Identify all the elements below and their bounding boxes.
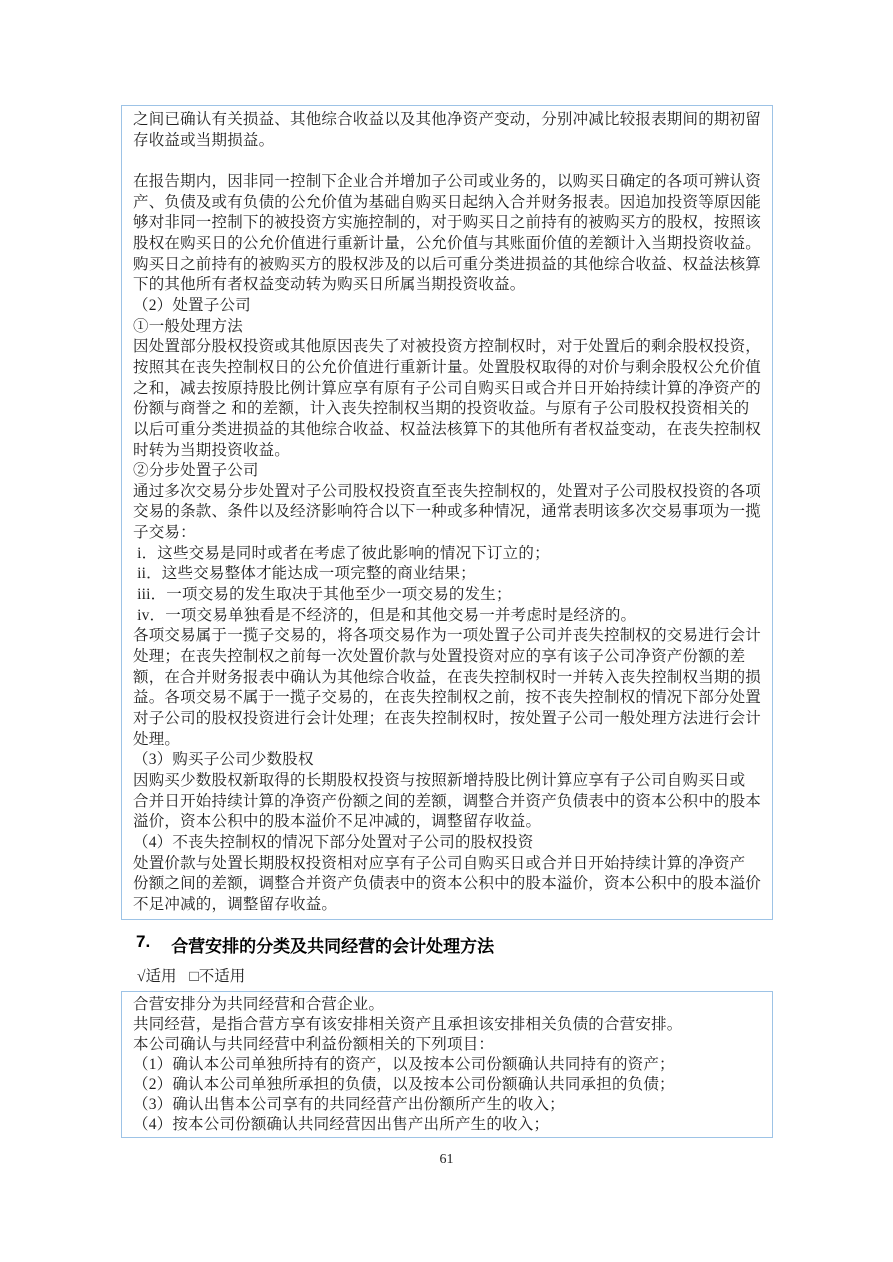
text-line: 按照其在丧失控制权日的公允价值进行重新计量。处置股权取得的对价与剩余股权公允价值	[133, 358, 762, 379]
text-line: 对子公司的股权投资进行会计处理；在丧失控制权时，按处置子公司一般处理方法进行会计	[133, 709, 762, 730]
text-line: 益。各项交易不属于一揽子交易的，在丧失控制权之前，按不丧失控制权的情况下部分处置	[133, 688, 762, 709]
text-line: 下的其他所有者权益变动转为购买日所属当期投资收益。	[133, 275, 762, 296]
text-line: 处理；在丧失控制权之前每一次处置价款与处置投资对应的享有该子公司净资产份额的差	[133, 647, 762, 668]
text-line: （4）按本公司份额确认共同经营因出售产出所产生的收入；	[133, 1115, 762, 1135]
text-line: 份额与商誉之 和的差额，计入丧失控制权当期的投资收益。与原有子公司股权投资相关的	[133, 399, 762, 420]
text-line	[133, 151, 762, 172]
text-line: 产、负债及或有负债的公允价值为基础自购买日起纳入合并财务报表。因追加投资等原因能	[133, 193, 762, 214]
text-line: ②分步处置子公司	[133, 461, 762, 482]
not-applicable-option: □不适用	[189, 968, 245, 985]
text-line: 在报告期内，因非同一控制下企业合并增加子公司或业务的，以购买日确定的各项可辨认资	[133, 172, 762, 193]
text-line: 处置价款与处置长期股权投资相对应享有子公司自购买日或合并日开始持续计算的净资产	[133, 854, 762, 875]
text-line: 够对非同一控制下的被投资方实施控制的，对于购买日之前持有的被购买方的股权，按照该	[133, 213, 762, 234]
joint-arrangement-text-box: 合营安排分为共同经营和合营企业。共同经营，是指合营方享有该安排相关资产且承担该安…	[121, 991, 773, 1138]
text-line: 时转为当期投资收益。	[133, 441, 762, 462]
text-line: ①一般处理方法	[133, 317, 762, 338]
page-number: 61	[0, 1152, 893, 1168]
text-line: 之和，减去按原持股比例计算应享有原有子公司自购买日或合并日开始持续计算的净资产的	[133, 379, 762, 400]
text-line: 以后可重分类进损益的其他综合收益、权益法核算下的其他所有者权益变动，在丧失控制权	[133, 420, 762, 441]
text-line: 股权在购买日的公允价值进行重新计量，公允价值与其账面价值的差额计入当期投资收益。	[133, 234, 762, 255]
text-line: iii．一项交易的发生取决于其他至少一项交易的发生；	[133, 585, 762, 606]
section-number: 7.	[136, 932, 150, 957]
text-line: 额，在合并财务报表中确认为其他综合收益，在丧失控制权时一并转入丧失控制权当期的损	[133, 668, 762, 689]
text-line: 共同经营，是指合营方享有该安排相关资产且承担该安排相关负债的合营安排。	[133, 1015, 762, 1035]
text-line: 合营安排分为共同经营和合营企业。	[133, 995, 762, 1015]
applicability-line: √适用 □不适用	[137, 967, 245, 987]
text-line: 存收益或当期损益。	[133, 131, 762, 152]
text-line: 各项交易属于一揽子交易的，将各项交易作为一项处置子公司并丧失控制权的交易进行会计	[133, 626, 762, 647]
text-line: 份额之间的差额，调整合并资产负债表中的资本公积中的股本溢价，资本公积中的股本溢价	[133, 874, 762, 895]
text-line: 本公司确认与共同经营中利益份额相关的下列项目：	[133, 1035, 762, 1055]
text-line: 因处置部分股权投资或其他原因丧失了对被投资方控制权时，对于处置后的剩余股权投资，	[133, 337, 762, 358]
text-line: （1）确认本公司单独所持有的资产，以及按本公司份额确认共同持有的资产；	[133, 1055, 762, 1075]
text-line: 处理。	[133, 730, 762, 751]
text-line: 溢价，资本公积中的股本溢价不足冲减的，调整留存收益。	[133, 812, 762, 833]
text-line: ii．这些交易整体才能达成一项完整的商业结果；	[133, 564, 762, 585]
text-line: （2）处置子公司	[133, 296, 762, 317]
text-line: （2）确认本公司单独所承担的负债，以及按本公司份额确认共同承担的负债；	[133, 1075, 762, 1095]
text-line: 不足冲减的，调整留存收益。	[133, 895, 762, 916]
section-heading: 7. 合营安排的分类及共同经营的会计处理方法	[136, 932, 494, 957]
text-line: i．这些交易是同时或者在考虑了彼此影响的情况下订立的；	[133, 544, 762, 565]
text-line: iv．一项交易单独看是不经济的，但是和其他交易一并考虑时是经济的。	[133, 606, 762, 627]
section-title: 合营安排的分类及共同经营的会计处理方法	[171, 932, 494, 957]
consolidation-policy-text-box: 之间已确认有关损益、其他综合收益以及其他净资产变动，分别冲减比较报表期间的期初留…	[121, 105, 773, 920]
text-line: 通过多次交易分步处置对子公司股权投资直至丧失控制权的，处置对子公司股权投资的各项	[133, 482, 762, 503]
applicable-option: √适用	[137, 968, 177, 985]
text-line: 因购买少数股权新取得的长期股权投资与按照新增持股比例计算应享有子公司自购买日或	[133, 771, 762, 792]
text-line: （3）确认出售本公司享有的共同经营产出份额所产生的收入；	[133, 1095, 762, 1115]
text-line: 购买日之前持有的被购买方的股权涉及的以后可重分类进损益的其他综合收益、权益法核算	[133, 255, 762, 276]
text-line: （4）不丧失控制权的情况下部分处置对子公司的股权投资	[133, 833, 762, 854]
text-line: （3）购买子公司少数股权	[133, 750, 762, 771]
document-page: 之间已确认有关损益、其他综合收益以及其他净资产变动，分别冲减比较报表期间的期初留…	[0, 0, 893, 1262]
text-line: 合并日开始持续计算的净资产份额之间的差额，调整合并资产负债表中的资本公积中的股本	[133, 792, 762, 813]
text-line: 之间已确认有关损益、其他综合收益以及其他净资产变动，分别冲减比较报表期间的期初留	[133, 110, 762, 131]
text-line: 子交易：	[133, 523, 762, 544]
text-line: 交易的条款、条件以及经济影响符合以下一种或多种情况，通常表明该多次交易事项为一揽	[133, 502, 762, 523]
